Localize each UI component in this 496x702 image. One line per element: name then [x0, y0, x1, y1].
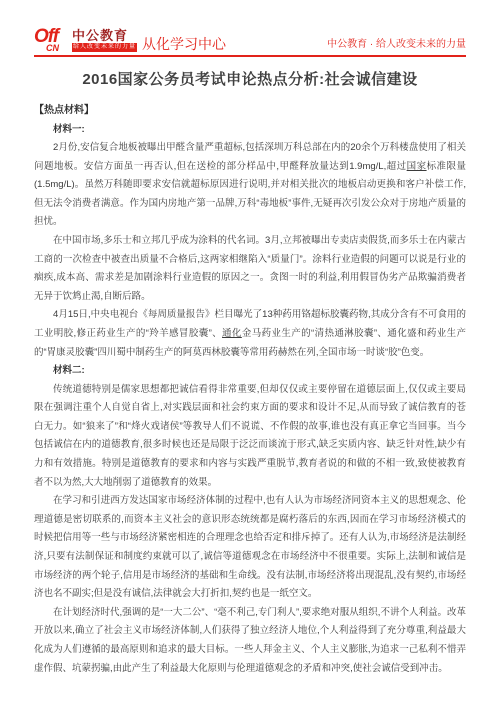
paragraph: 在计划经济时代,强调的是“一大二公”、“毫不利己,专门利人”,要求绝对服从组织,…	[34, 604, 466, 678]
inline-link[interactable]: 通化	[222, 328, 242, 339]
article-body: 材料一:2月份,安信复合地板被曝出甲醛含量严重超标,包括深圳万科总部在内的20余…	[34, 121, 466, 679]
material-subheading: 材料一:	[34, 121, 466, 140]
brand-name: 中公教育	[72, 29, 137, 42]
brand-tagline-bar: 给人改变未来的力量	[72, 43, 137, 52]
text-segment: 在中国市场,多乐士和立邦几乎成为涂料的代名词。3月,立邦被曝出专卖店卖假货,而多…	[34, 235, 466, 302]
article: 【热点材料】 材料一:2月份,安信复合地板被曝出甲醛含量严重超标,包括深圳万科总…	[34, 102, 466, 678]
branch-center-name: 从化学习中心	[142, 37, 226, 52]
offcn-cn-text: CN	[46, 43, 59, 53]
paragraph: 在中国市场,多乐士和立邦几乎成为涂料的代名词。3月,立邦被曝出专卖店卖假货,而多…	[34, 232, 466, 306]
paragraph: 2月份,安信复合地板被曝出甲醛含量严重超标,包括深圳万科总部在内的20余个万科楼…	[34, 139, 466, 232]
inline-link[interactable]: 国家	[407, 161, 427, 172]
paragraph: 传统道德特别是儒家思想都把诚信看得非常重要,但却仅仅或主要停留在道德层面上,仅仅…	[34, 381, 466, 493]
text-segment: 在学习和引进西方发达国家市场经济体制的过程中,也有人认为市场经济同资本主义的思想…	[34, 495, 466, 599]
text-segment: 在计划经济时代,强调的是“一大二公”、“毫不利己,专门利人”,要求绝对服从组织,…	[34, 607, 466, 674]
material-subheading: 材料二:	[34, 362, 466, 381]
header-slogan: 中公教育 · 给人改变未来的力量	[327, 38, 466, 52]
offcn-logo: Off CN 中公教育 给人改变未来的力量 从化学习中心	[34, 28, 226, 52]
document-page: Off CN 中公教育 给人改变未来的力量 从化学习中心 中公教育 · 给人改变…	[0, 0, 496, 698]
page-header: Off CN 中公教育 给人改变未来的力量 从化学习中心 中公教育 · 给人改变…	[34, 28, 466, 57]
page-title: 2016国家公务员考试申论热点分析:社会诚信建设	[34, 68, 466, 89]
paragraph: 在学习和引进西方发达国家市场经济体制的过程中,也有人认为市场经济同资本主义的思想…	[34, 492, 466, 604]
paragraph: 4月15日,中央电视台《每周质量报告》栏目曝光了13种药用铬超标胶囊药物,其成分…	[34, 306, 466, 362]
offcn-logo-icon: Off CN	[34, 28, 70, 52]
text-segment: 传统道德特别是儒家思想都把诚信看得非常重要,但却仅仅或主要停留在道德层面上,仅仅…	[34, 384, 466, 488]
text-segment: 2月份,安信复合地板被曝出甲醛含量严重超标,包括深圳万科总部在内的20余个万科楼…	[34, 142, 466, 172]
brand-block: 中公教育 给人改变未来的力量	[72, 29, 137, 52]
section-heading: 【热点材料】	[34, 102, 466, 121]
